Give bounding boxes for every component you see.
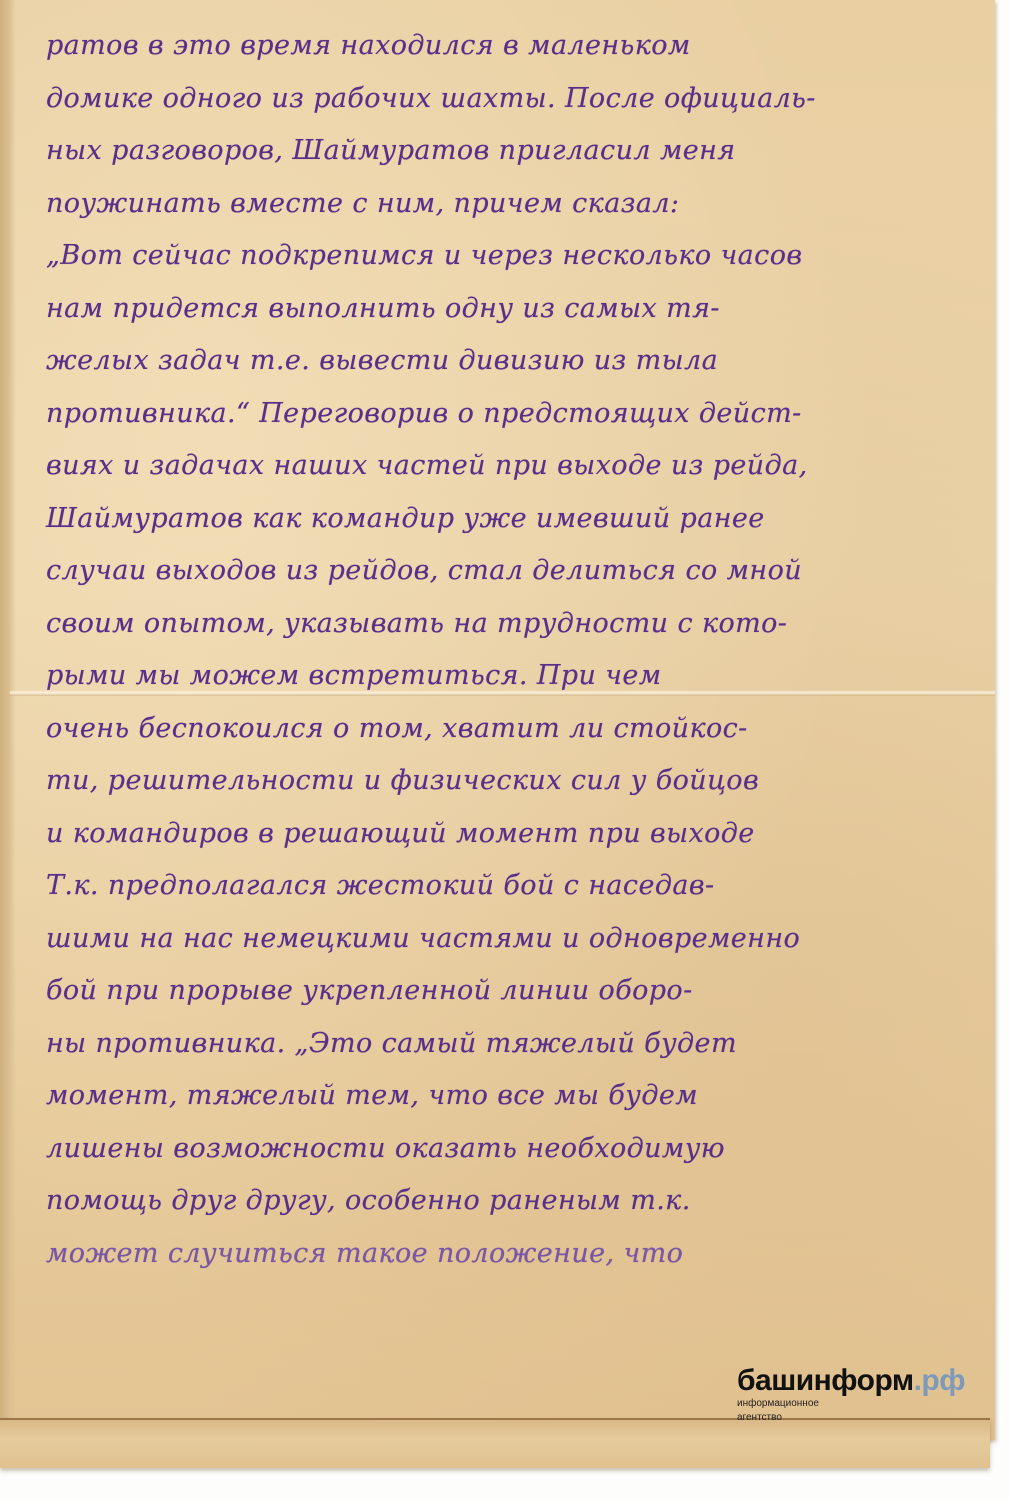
text-line: очень беспокоился о том, хватит ли стойк… — [46, 703, 986, 756]
text-line: шими на нас немецкими частями и одноврем… — [46, 913, 986, 966]
text-line: случаи выходов из рейдов, стал делиться … — [46, 545, 986, 598]
text-line: нам придется выполнить одну из самых тя- — [46, 283, 986, 336]
text-line: Шаймуратов как командир уже имевший ране… — [46, 493, 986, 546]
scanned-page: ратов в это время находился в маленьком … — [0, 0, 1009, 1500]
text-line: рыми мы можем встретиться. При чем — [46, 650, 986, 703]
text-line: бой при прорыве укрепленной линии оборо- — [46, 965, 986, 1018]
text-line: момент, тяжелый тем, что все мы будем — [46, 1070, 986, 1123]
watermark-tld: .рф — [914, 1364, 965, 1397]
text-line: своим опытом, указывать на трудности с к… — [46, 598, 986, 651]
text-line: ны противника. „Это самый тяжелый будет — [46, 1018, 986, 1071]
text-line: помощь друг другу, особенно раненым т.к. — [46, 1175, 986, 1228]
text-line: „Вот сейчас подкрепимся и через нескольк… — [46, 230, 986, 283]
text-line: желых задач т.е. вывести дивизию из тыла — [46, 335, 986, 388]
text-line: лишены возможности оказать необходимую — [46, 1123, 986, 1176]
paper-left-edge — [0, 0, 16, 1440]
watermark-subtitle-1: информационное — [737, 1398, 965, 1410]
text-line: виях и задачах наших частей при выходе и… — [46, 440, 986, 493]
text-line: и командиров в решающий момент при выход… — [46, 808, 986, 861]
aged-paper-sheet: ратов в это время находился в маленьком … — [0, 0, 995, 1440]
watermark-brand-name: башинформ — [737, 1364, 914, 1397]
text-line: противника.“ Переговорив о предстоящих д… — [46, 388, 986, 441]
text-line: Т.к. предполагался жестокий бой с наседа… — [46, 860, 986, 913]
text-line: ти, решительности и физических сил у бой… — [46, 755, 986, 808]
text-line: может случиться такое положение, что — [46, 1228, 986, 1281]
torn-bottom-edge — [0, 1418, 990, 1468]
text-line: ных разговоров, Шаймуратов пригласил мен… — [46, 125, 986, 178]
watermark-brand: башинформ.рф — [737, 1366, 965, 1396]
handwritten-text: ратов в это время находился в маленьком … — [46, 20, 986, 1280]
text-line: поужинать вместе с ним, причем сказал: — [46, 178, 986, 231]
text-line: ратов в это время находился в маленьком — [46, 20, 986, 73]
watermark-subtitle-2: агентство — [737, 1412, 965, 1424]
watermark-logo: башинформ.рф информационное агентство — [737, 1366, 965, 1424]
text-line: домике одного из рабочих шахты. После оф… — [46, 73, 986, 126]
